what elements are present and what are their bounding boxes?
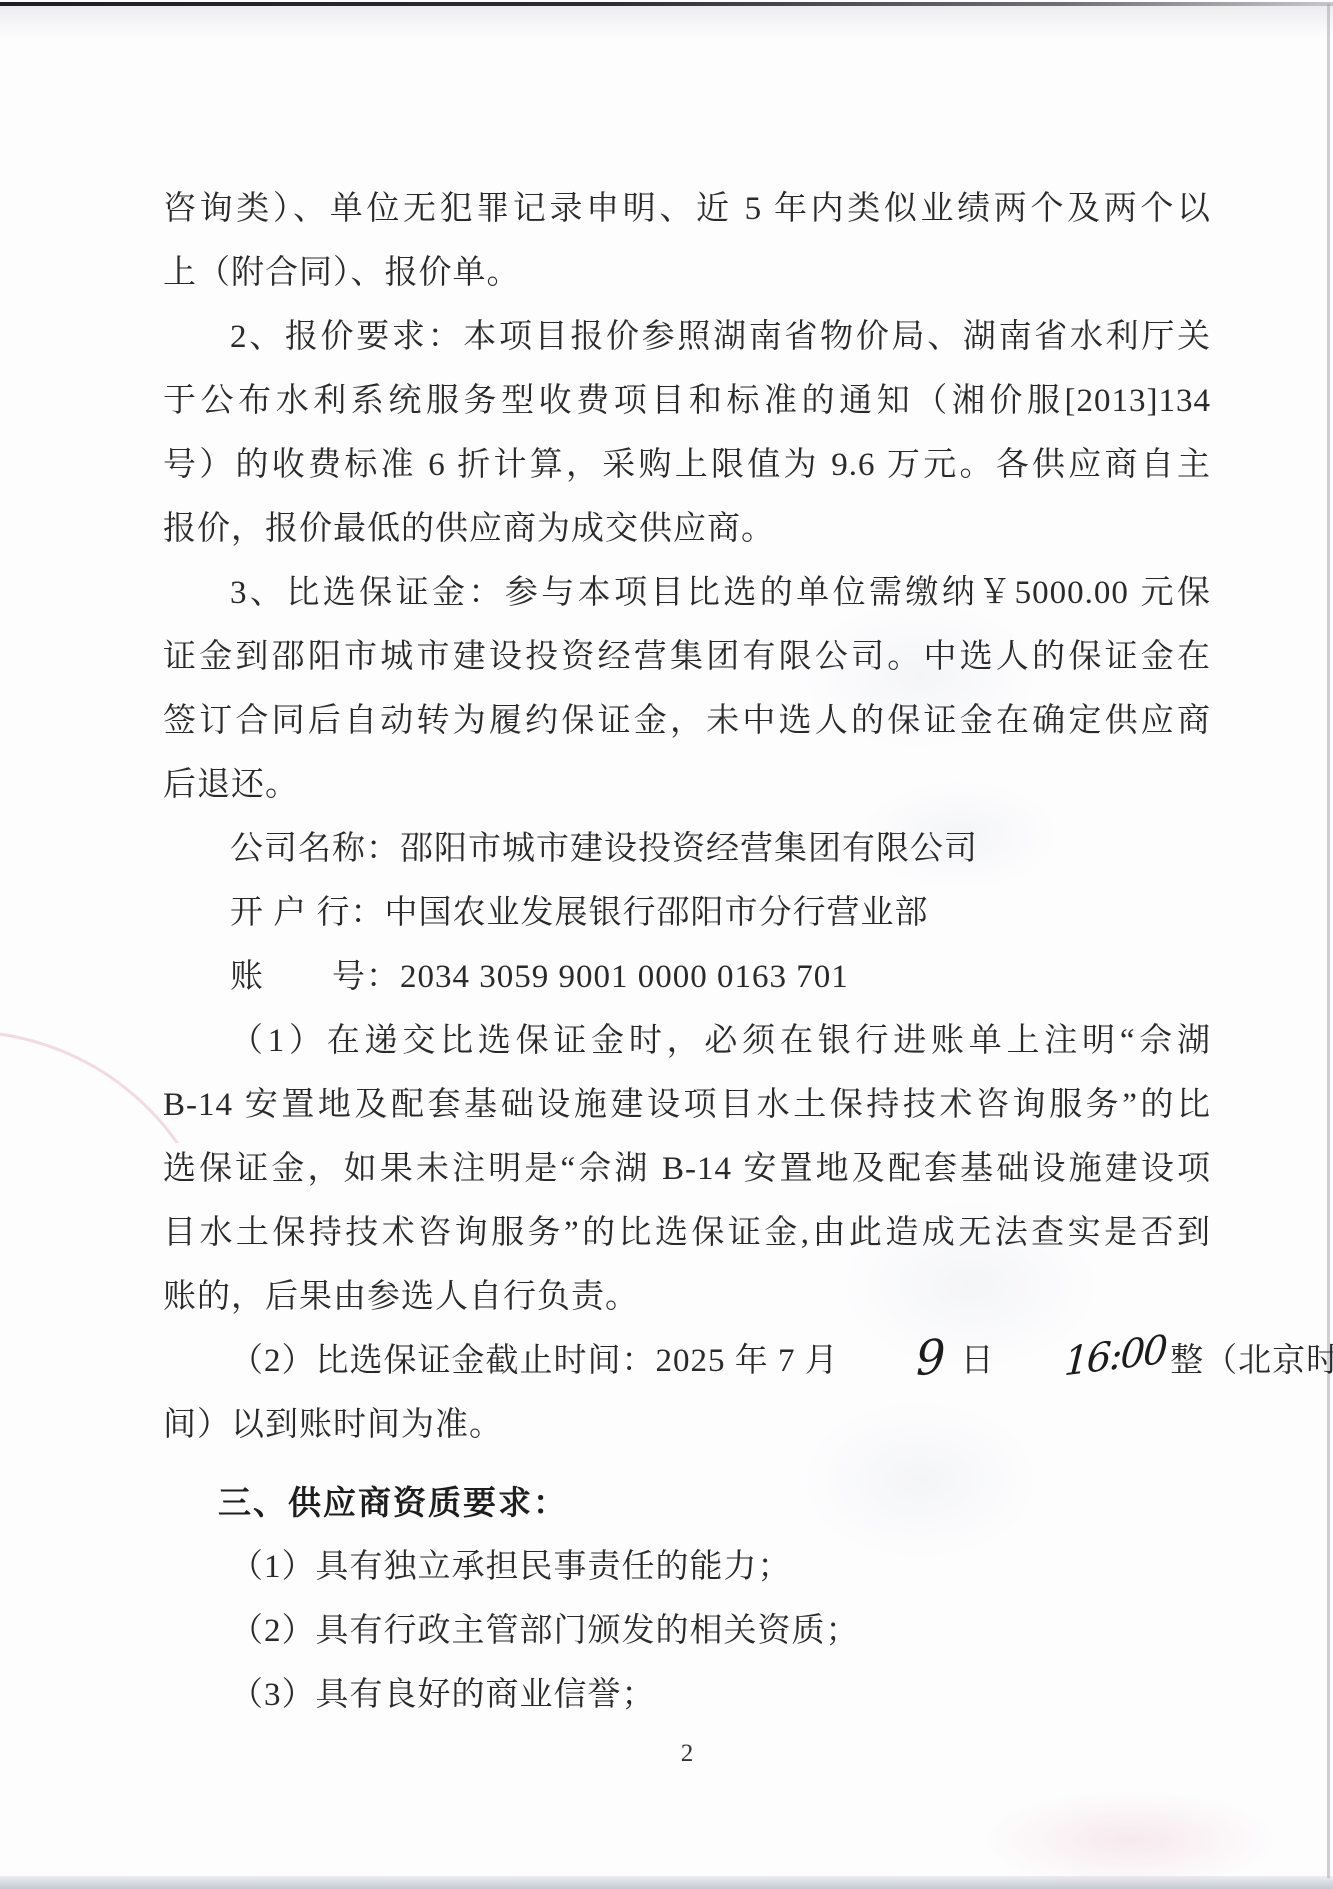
pink-smudge-artifact <box>980 1790 1280 1889</box>
qualification-item: （2）具有行政主管部门颁发的相关资质； <box>163 1599 1211 1663</box>
doc-line: 号）的收费标准 6 折计算，采购上限值为 9.6 万元。各供应商自主 <box>163 433 1211 497</box>
doc-line: 上（附合同）、报价单。 <box>163 241 1211 305</box>
qualification-item: （3）具有良好的商业信誉； <box>163 1663 1211 1727</box>
doc-line: 间）以到账时间为准。 <box>163 1393 1211 1457</box>
document-body: 咨询类）、单位无犯罪记录申明、近 5 年内类似业绩两个及两个以 上（附合同）、报… <box>163 177 1211 1727</box>
page-number: 2 <box>163 1740 1211 1768</box>
doc-line: B-14 安置地及配套基础设施建设项目水土保持技术咨询服务”的比 <box>163 1073 1211 1137</box>
qualification-item: （1）具有独立承担民事责任的能力； <box>163 1535 1211 1599</box>
scan-top-shadow-band <box>0 6 1333 38</box>
qualification-items: （1）具有独立承担民事责任的能力； （2）具有行政主管部门颁发的相关资质； （3… <box>163 1535 1211 1727</box>
doc-line: 签订合同后自动转为履约保证金，未中选人的保证金在确定供应商 <box>163 689 1211 753</box>
doc-line: 目水土保持技术咨询服务”的比选保证金,由此造成无法查实是否到 <box>163 1201 1211 1265</box>
doc-line: 于公布水利系统服务型收费项目和标准的通知（湘价服[2013]134 <box>163 369 1211 433</box>
scan-right-edge-artifact <box>1327 4 1330 1878</box>
doc-line: 账的，后果由参选人自行负责。 <box>163 1265 1211 1329</box>
deadline-printed-text: 日 <box>961 1343 995 1379</box>
deadline-line: （2）比选保证金截止时间：2025 年 7 月9日16:00整（北京时 <box>163 1329 1211 1393</box>
paragraph-bid-deposit: 3、比选保证金：参与本项目比选的单位需缴纳￥5000.00 元保 证金到邵阳市城… <box>163 561 1211 817</box>
bank-account-info: 公司名称：邵阳市城市建设投资经营集团有限公司 开 户 行：中国农业发展银行邵阳市… <box>163 817 1211 1009</box>
scanned-document-page: 咨询类）、单位无犯罪记录申明、近 5 年内类似业绩两个及两个以 上（附合同）、报… <box>0 0 1333 1889</box>
paragraph-required-documents: 咨询类）、单位无犯罪记录申明、近 5 年内类似业绩两个及两个以 上（附合同）、报… <box>163 177 1211 305</box>
doc-line: 3、比选保证金：参与本项目比选的单位需缴纳￥5000.00 元保 <box>163 561 1211 625</box>
section-heading-supplier-qualifications: 三、供应商资质要求： <box>218 1471 1211 1535</box>
doc-line: 咨询类）、单位无犯罪记录申明、近 5 年内类似业绩两个及两个以 <box>163 177 1211 241</box>
paragraph-deposit-deadline: （2）比选保证金截止时间：2025 年 7 月9日16:00整（北京时 间）以到… <box>163 1329 1211 1457</box>
doc-line: （1）在递交比选保证金时，必须在银行进账单上注明“佘湖 <box>163 1009 1211 1073</box>
doc-line: 证金到邵阳市城市建设投资经营集团有限公司。中选人的保证金在 <box>163 625 1211 689</box>
account-number-line: 账 号：2034 3059 9001 0000 0163 701 <box>163 945 1211 1009</box>
doc-line: 后退还。 <box>163 753 1211 817</box>
paragraph-quotation-requirements: 2、报价要求：本项目报价参照湖南省物价局、湖南省水利厅关 于公布水利系统服务型收… <box>163 305 1211 561</box>
doc-line: 报价，报价最低的供应商为成交供应商。 <box>163 497 1211 561</box>
bank-name-line: 开 户 行：中国农业发展银行邵阳市分行营业部 <box>163 881 1211 945</box>
handwritten-time: 16:00 <box>996 1318 1168 1404</box>
handwritten-day: 9 <box>849 1325 946 1400</box>
doc-line: 2、报价要求：本项目报价参照湖南省物价局、湖南省水利厅关 <box>163 305 1211 369</box>
deadline-printed-text: 整（北京时 <box>1170 1343 1333 1379</box>
company-name-line: 公司名称：邵阳市城市建设投资经营集团有限公司 <box>163 817 1211 881</box>
doc-line: 选保证金，如果未注明是“佘湖 B-14 安置地及配套基础设施建设项 <box>163 1137 1211 1201</box>
paragraph-deposit-note: （1）在递交比选保证金时，必须在银行进账单上注明“佘湖 B-14 安置地及配套基… <box>163 1009 1211 1329</box>
deadline-printed-text: （2）比选保证金截止时间：2025 年 7 月 <box>230 1343 839 1379</box>
